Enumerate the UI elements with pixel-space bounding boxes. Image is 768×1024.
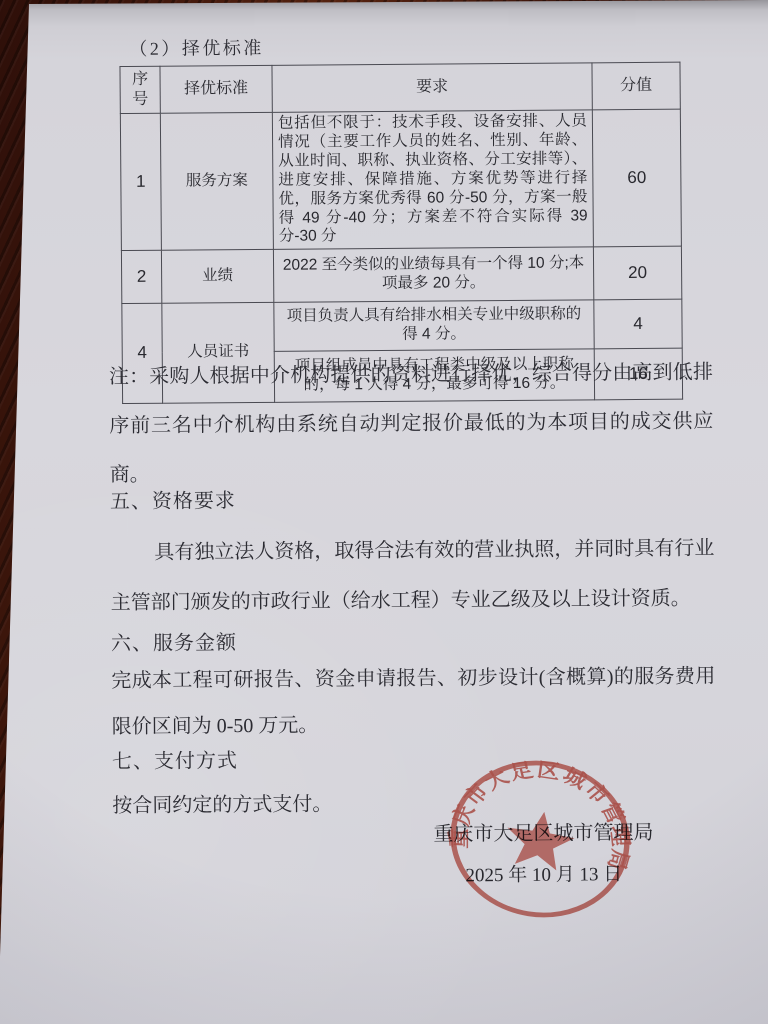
note-line: 序前三名中介机构由系统自动判定报价最低的为本项目的成交供应 [109,397,713,451]
cell-score: 20 [593,246,681,300]
col-header-score: 分值 [592,62,680,110]
cell-requirement: 包括但不限于：技术手段、设备安排、人员情况（主要工作人员的姓名、性别、年龄、从业… [272,110,593,250]
section-5-title: 五、资格要求 [110,477,714,522]
cell-no: 2 [121,251,161,304]
document-content: （2）择优标准 序号 择优标准 要求 分值 1 服务方案 包括但不限于：技术手段… [0,0,768,1024]
star-icon [502,807,578,873]
cell-no: 1 [120,113,161,251]
section-5-body: 具有独立法人资格，取得合法有效的营业执照，并同时具有行业 主管部门颁发的市政行业… [110,523,715,628]
col-header-criteria: 择优标准 [160,65,272,113]
table-row-4a: 4 人员证书 项目负责人具有给排水相关专业中级职称的得 4 分。 4 [122,299,682,352]
seal-graphic: 重庆市大足区城市管理局 [429,739,651,940]
cell-criteria: 服务方案 [160,112,273,250]
col-header-requirement: 要求 [272,63,592,113]
cell-score: 4 [594,299,682,349]
official-seal-stamp: 重庆市大足区城市管理局 [429,739,651,940]
photo-scene: （2）择优标准 序号 择优标准 要求 分值 1 服务方案 包括但不限于：技术手段… [0,0,768,1024]
table-header-row: 序号 择优标准 要求 分值 [120,62,680,113]
cell-criteria: 业绩 [161,250,273,304]
cell-requirement: 项目负责人具有给排水相关专业中级职称的得 4 分。 [274,300,594,352]
table-row-1: 1 服务方案 包括但不限于：技术手段、设备安排、人员情况（主要工作人员的姓名、性… [120,109,681,251]
section-6-body: 完成本工程可研报告、资金申请报告、初步设计(含概算)的服务费用 限价区间为 0-… [111,653,716,750]
page-title: （2）择优标准 [129,34,264,61]
cell-requirement: 2022 至今类似的业绩每具有一个得 10 分;本项最多 20 分。 [273,247,593,303]
document-paper: （2）择优标准 序号 择优标准 要求 分值 1 服务方案 包括但不限于：技术手段… [0,0,768,1024]
table-row-2: 2 业绩 2022 至今类似的业绩每具有一个得 10 分;本项最多 20 分。 … [121,246,681,303]
body-line: 具有独立法人资格，取得合法有效的营业执照，并同时具有行业 [154,523,714,577]
body-line: 完成本工程可研报告、资金申请报告、初步设计(含概算)的服务费用 [111,653,715,704]
col-header-no: 序号 [120,66,160,113]
cell-score: 60 [592,109,681,247]
note-line: 注：采购人根据中介机构提供的资料进行择优，综合得分由高到低排 [109,348,713,402]
